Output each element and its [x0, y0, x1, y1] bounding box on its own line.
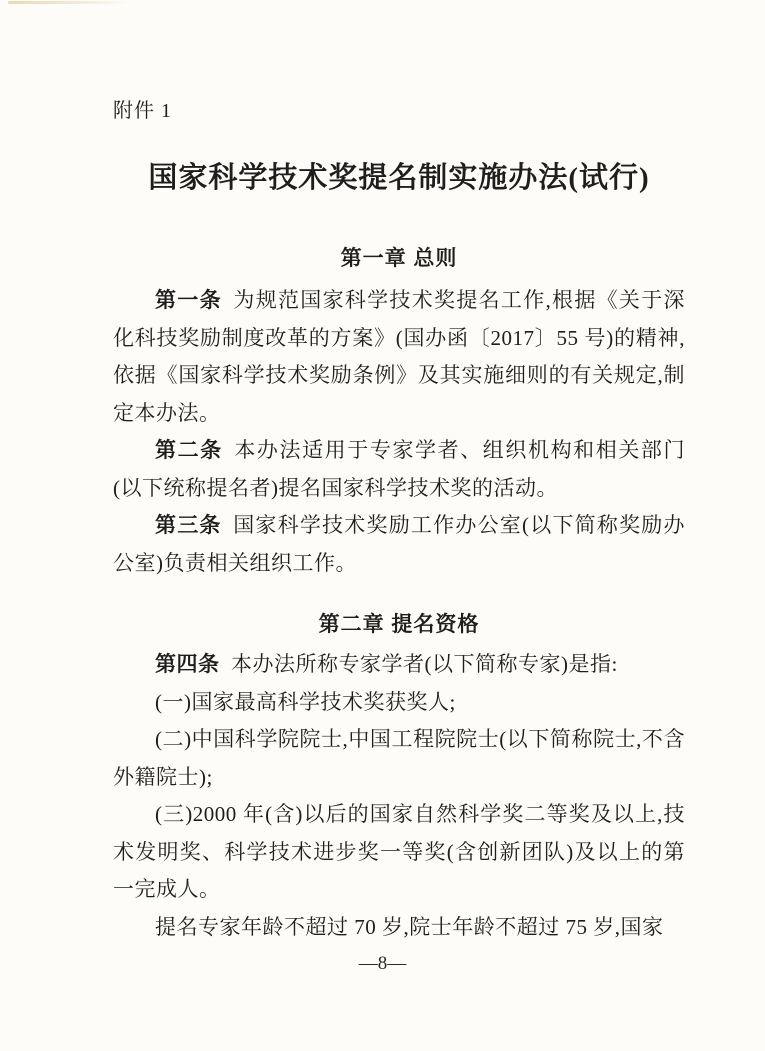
paragraph-article-3: 第三条国家科学技术奖励工作办公室(以下简称奖励办公室)负责相关组织工作。 — [113, 507, 685, 582]
chapter-2-heading: 第二章 提名资格 — [113, 608, 685, 638]
article-4-number: 第四条 — [155, 652, 220, 676]
item-2-text: (二)中国科学院院士,中国工程院院士(以下简称院士,不含外籍院士); — [113, 727, 685, 789]
paragraph-item-1: (一)国家最高科学技术奖获奖人; — [113, 684, 685, 722]
paragraph-item-3: (三)2000 年(含)以后的国家自然科学奖二等奖及以上,技术发明奖、科学技术进… — [113, 796, 685, 909]
age-limit-text: 提名专家年龄不超过 70 岁,院士年龄不超过 75 岁,国家 — [155, 915, 664, 939]
page-number: —8— — [0, 953, 765, 975]
chapter-1-heading: 第一章 总则 — [113, 242, 685, 272]
article-2-number: 第二条 — [155, 438, 223, 462]
document-page: 附件 1 国家科学技术奖提名制实施办法(试行) 第一章 总则 第一条为规范国家科… — [0, 0, 765, 1051]
paragraph-article-4: 第四条本办法所称专家学者(以下简称专家)是指: — [113, 646, 685, 684]
paragraph-item-2: (二)中国科学院院士,中国工程院院士(以下简称院士,不含外籍院士); — [113, 721, 685, 796]
document-title: 国家科学技术奖提名制实施办法(试行) — [113, 155, 685, 196]
article-1-number: 第一条 — [155, 288, 222, 312]
item-3-text: (三)2000 年(含)以后的国家自然科学奖二等奖及以上,技术发明奖、科学技术进… — [113, 802, 685, 901]
chapter-1-body: 第一条为规范国家科学技术奖提名工作,根据《关于深化科技奖励制度改革的方案》(国办… — [113, 282, 685, 582]
item-1-text: (一)国家最高科学技术奖获奖人; — [155, 690, 456, 714]
paragraph-age-limit: 提名专家年龄不超过 70 岁,院士年龄不超过 75 岁,国家 — [113, 909, 685, 947]
article-4-text: 本办法所称专家学者(以下简称专家)是指: — [231, 652, 618, 676]
scan-edge-artifact — [8, 1, 128, 4]
paragraph-article-2: 第二条本办法适用于专家学者、组织机构和相关部门(以下统称提名者)提名国家科学技术… — [113, 432, 685, 507]
document-content: 附件 1 国家科学技术奖提名制实施办法(试行) 第一章 总则 第一条为规范国家科… — [0, 94, 765, 946]
paragraph-article-1: 第一条为规范国家科学技术奖提名工作,根据《关于深化科技奖励制度改革的方案》(国办… — [113, 282, 685, 432]
attachment-label: 附件 1 — [113, 94, 685, 123]
chapter-2-body: 第四条本办法所称专家学者(以下简称专家)是指: (一)国家最高科学技术奖获奖人;… — [113, 646, 685, 946]
article-3-number: 第三条 — [155, 513, 222, 537]
